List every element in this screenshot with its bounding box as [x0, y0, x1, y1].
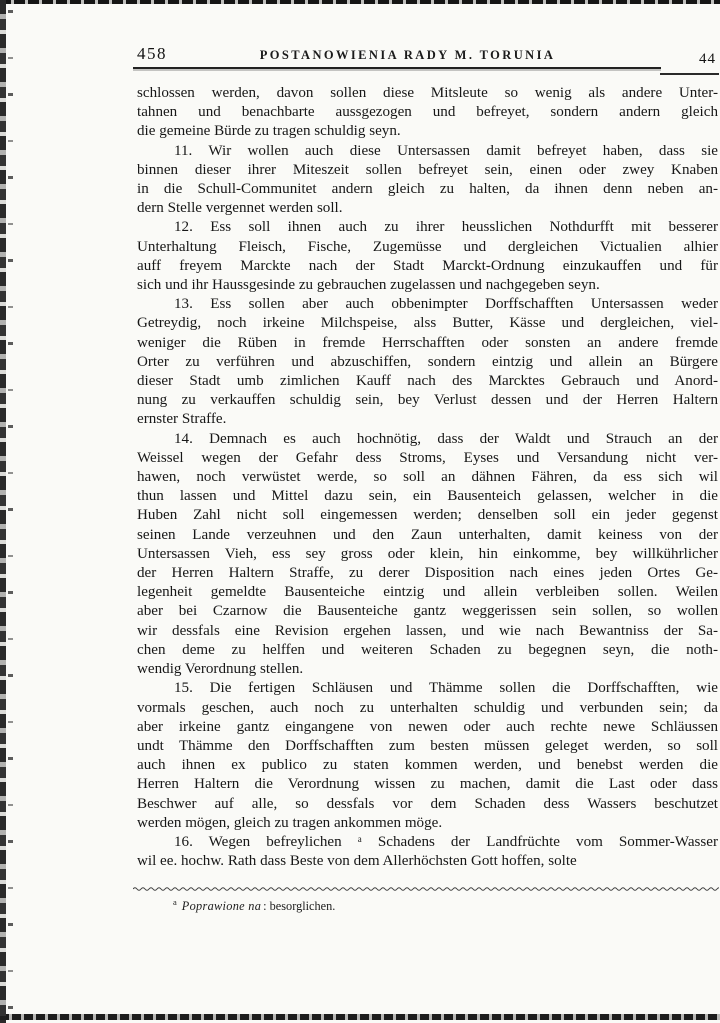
footnote-text: : besorglichen.	[263, 899, 335, 913]
text-line: ernster Straffe.	[137, 410, 718, 429]
page-header: 458 POSTANOWIENIA RADY M. TORUNIA 44	[137, 44, 718, 68]
text-line: chen deme zu helffen und weiteren Schade…	[137, 641, 718, 660]
text-line: wendig Verordnung stellen.	[137, 660, 718, 679]
header-rule-right-segment	[660, 73, 719, 75]
text-line: 15. Die fertigen Schläusen und Thämme so…	[137, 679, 718, 698]
text-line: dern Stelle vergennet werden soll.	[137, 199, 718, 218]
text-line: wil ee. hochw. Rath dass Beste von dem A…	[137, 852, 718, 871]
text-line: aber irkeine gantz eingangene von newen …	[137, 718, 718, 737]
text-line: aber bei Czarnow die Bausenteiche gantz …	[137, 602, 718, 621]
text-line: legenheit gemeldte Bausenteiche eintzig …	[137, 583, 718, 602]
footnote-italic-text: Poprawione na	[182, 899, 261, 913]
page-number-right: 44	[699, 51, 716, 68]
text-line: dieser Stadt umb zimlichen Kauff nach de…	[137, 372, 718, 391]
scan-speckles	[8, 10, 13, 1010]
text-line: Getreydig, noch irkeine Milchspeise, als…	[137, 314, 718, 333]
text-line: nung zu verkauffen schuldig sein, bey Ve…	[137, 391, 718, 410]
text-line: schlossen werden, davon sollen diese Mit…	[137, 84, 718, 103]
text-line: wir dessfals eine Revision ergehen lasse…	[137, 622, 718, 641]
text-line: Unterhaltung Fleisch, Fische, Zugemüsse …	[137, 238, 718, 257]
body-text: schlossen werden, davon sollen diese Mit…	[137, 84, 718, 871]
footnote-separator-wavy-rule	[133, 879, 719, 885]
text-line: der Herren Haltern Straffe, zu derer Dis…	[137, 564, 718, 583]
text-line: Orter zu verführen und abzuschiffen, son…	[137, 353, 718, 372]
text-line: auch ihnen ex publico zu staten kommen w…	[137, 756, 718, 775]
text-line: werden mögen, gleich zu tragen ankommen …	[137, 814, 718, 833]
text-line: die gemeine Bürde zu tragen schuldig sey…	[137, 122, 718, 141]
text-line: tahnen und benachbarte aussgezogen und b…	[137, 103, 718, 122]
scan-edge-bottom	[0, 1014, 720, 1020]
text-line: Untersassen Vieh, ess sey gross oder kle…	[137, 545, 718, 564]
text-line: weniger die Rüben in fremde Herrschaffte…	[137, 334, 718, 353]
text-line: vormals geschen, auch noch zu unterhalte…	[137, 699, 718, 718]
text-line: hawen, noch verwüstet werde, so soll an …	[137, 468, 718, 487]
text-line: 11. Wir wollen auch diese Untersassen da…	[137, 142, 718, 161]
text-line: Herren Haltern die Verordnung wissen zu …	[137, 775, 718, 794]
footnote: aPoprawione na: besorglichen.	[173, 897, 718, 914]
text-line: Beschwer auf alle, so dessfals vor dem S…	[137, 795, 718, 814]
text-line: seinen Lande verzeuhnen und den Zaun unt…	[137, 526, 718, 545]
text-line: binnen dieser ihrer Miteszeit sollen bef…	[137, 161, 718, 180]
text-line: 12. Ess soll ihnen auch zu ihrer heussli…	[137, 218, 718, 237]
scan-edge-top	[0, 0, 720, 4]
text-line: Huben Zahl nicht soll eingemessen werden…	[137, 506, 718, 525]
text-line: Weissel wegen der Gefahr dess Stroms, Ey…	[137, 449, 718, 468]
text-line: auff freyem Marckte nach der Stadt Marck…	[137, 257, 718, 276]
text-line: sich und ihr Haussgesinde zu gebrauchen …	[137, 276, 718, 295]
text-line: in die Schull-Communitet andern gleich z…	[137, 180, 718, 199]
text-line: thun lassen und Mittel dazu sein, ein Ba…	[137, 487, 718, 506]
header-rule	[133, 67, 661, 69]
footnote-marker: a	[173, 897, 177, 907]
running-header-title: POSTANOWIENIA RADY M. TORUNIA	[137, 48, 678, 63]
text-line: 13. Ess sollen aber auch obbenimpter Dor…	[137, 295, 718, 314]
text-line: undt Thämme den Dorffschafften zum beste…	[137, 737, 718, 756]
scan-edge-left	[0, 0, 6, 1023]
text-line: 16. Wegen befreylichen ᵃ Schadens der La…	[137, 833, 718, 852]
text-line: 14. Demnach es auch hochnötig, dass der …	[137, 430, 718, 449]
